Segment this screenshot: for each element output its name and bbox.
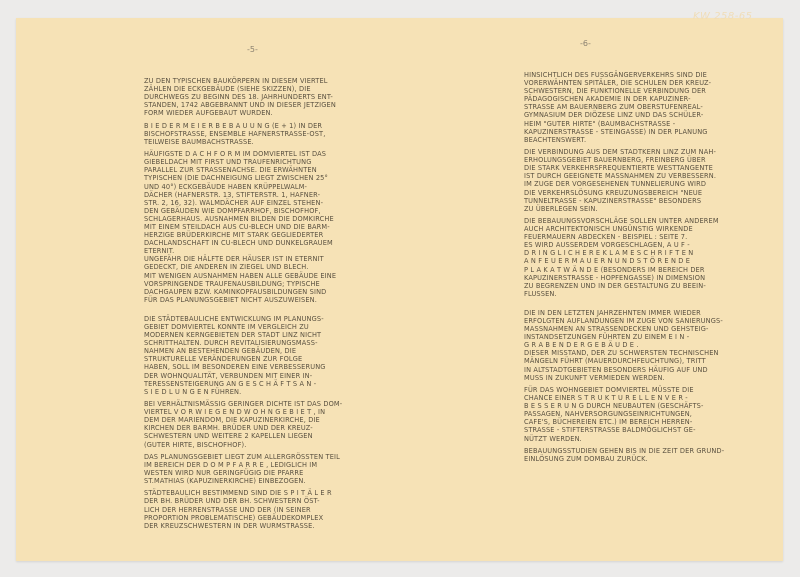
- text-column-page-5: ZU DEN TYPISCHEN BAUKÖRPERN IN DIESEM VI…: [144, 77, 396, 534]
- paragraph: DIE IN DEN LETZTEN JAHRZEHNTEN IMMER WIE…: [524, 309, 776, 382]
- paragraph: DIE BEBAUUNGSVORSCHLÄGE SOLLEN UNTER AND…: [524, 217, 776, 298]
- paragraph: HÄUFIGSTE D A C H F O R M IM DOMVIERTEL …: [144, 150, 396, 304]
- page-number-left: -5-: [247, 45, 258, 54]
- paragraph: DAS PLANUNGSGEBIET LIEGT ZUM ALLERGRÖSST…: [144, 453, 396, 485]
- page-number-right: -6-: [580, 39, 591, 48]
- paragraph: DIE STÄDTEBAULICHE ENTWICKLUNG IM PLANUN…: [144, 315, 396, 396]
- paragraph: HINSICHTLICH DES FUSSGÄNGERVERKEHRS SIND…: [524, 71, 776, 144]
- text-column-page-6: HINSICHTLICH DES FUSSGÄNGERVERKEHRS SIND…: [524, 71, 776, 467]
- paragraph: DIE VERBINDUNG AUS DEM STADTKERN LINZ ZU…: [524, 148, 776, 213]
- paragraph: ZU DEN TYPISCHEN BAUKÖRPERN IN DIESEM VI…: [144, 77, 396, 117]
- paragraph: BEI VERHÄLTNISMÄSSIG GERINGER DICHTE IST…: [144, 400, 396, 449]
- paragraph: FÜR DAS WOHNGEBIET DOMVIERTEL MÜSSTE DIE…: [524, 386, 776, 443]
- paragraph: B I E D E R M E I E R B E B A U U N G (E…: [144, 122, 396, 146]
- paragraph: BEBAUUNGSSTUDIEN GEHEN BIS IN DIE ZEIT D…: [524, 447, 776, 463]
- archive-stamp: KW 258-65: [693, 11, 753, 22]
- paragraph: STÄDTEBAULICH BESTIMMEND SIND DIE S P I …: [144, 489, 396, 529]
